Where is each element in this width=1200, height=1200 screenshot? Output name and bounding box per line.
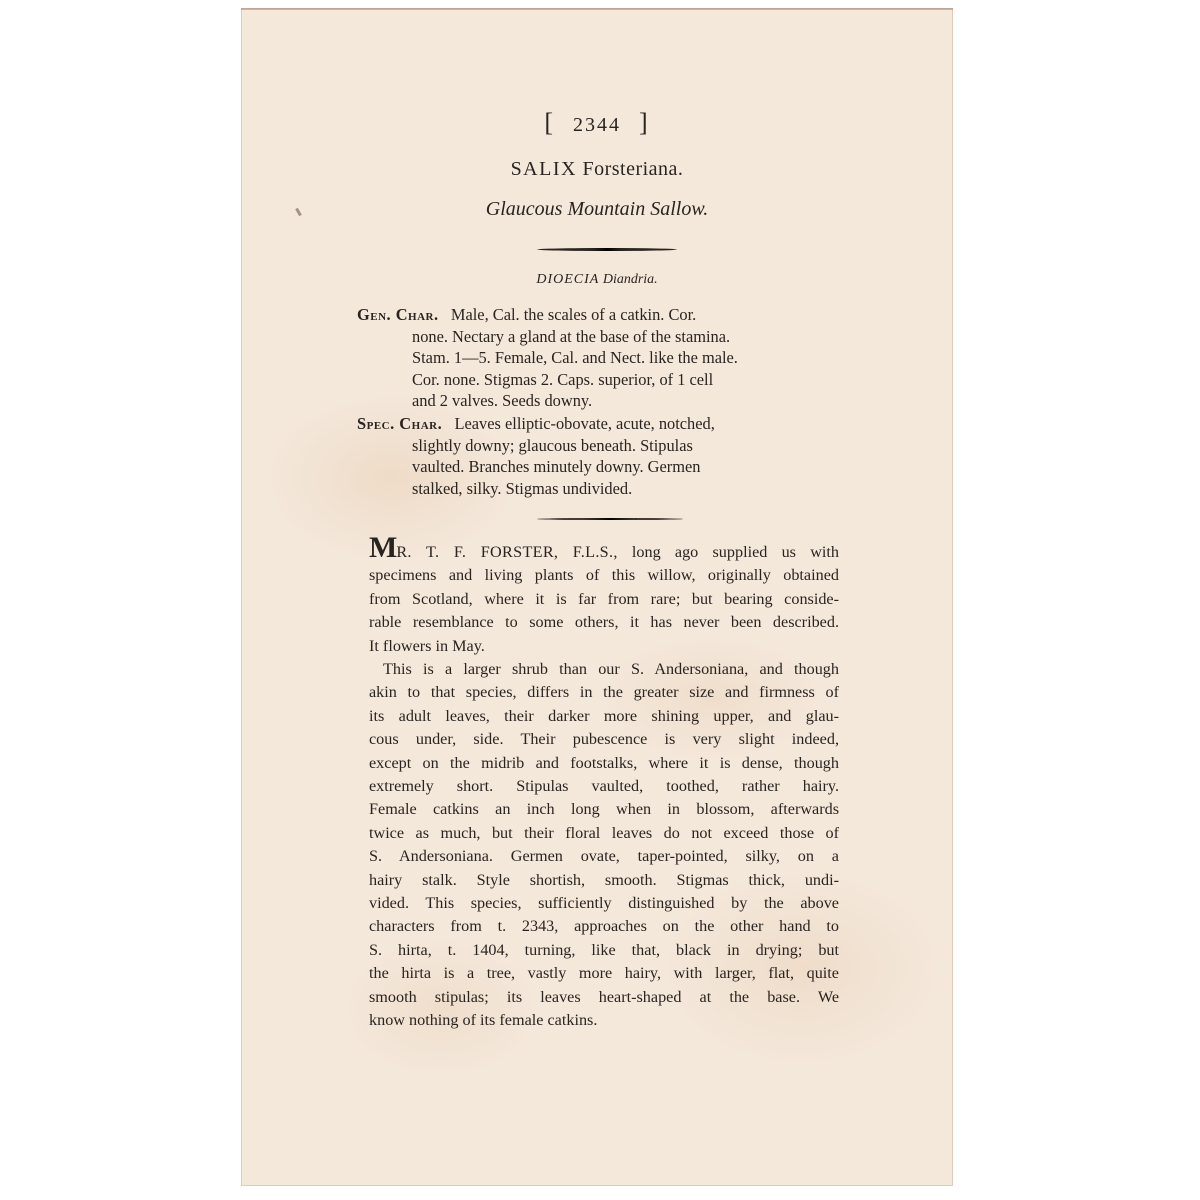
plate-number-value: 2344	[573, 114, 621, 136]
specific-character: Spec. Char. Leaves elliptic-obovate, acu…	[357, 413, 841, 499]
paragraph-line: the hirta is a tree, vastly more hairy, …	[369, 962, 839, 985]
line-text: long ago supplied us with	[618, 543, 839, 561]
generic-character-line: and 2 valves. Seeds downy.	[357, 390, 841, 412]
order-name: Diandria.	[603, 272, 658, 287]
specific-character-line: stalked, silky. Stigmas undivided.	[357, 478, 841, 500]
species-title: SALIX Forsteriana.	[241, 158, 953, 181]
plate-number: [2344]	[241, 108, 953, 138]
paragraph-line: smooth stipulas; its leaves heart-shaped…	[369, 986, 839, 1009]
generic-character-line: Cor. none. Stigmas 2. Caps. superior, of…	[357, 369, 841, 391]
paragraph-line: MR. T. F. FORSTER, F.L.S., long ago supp…	[369, 536, 839, 564]
paragraph-line: This is a larger shrub than our S. Ander…	[369, 658, 839, 681]
paragraph-line: S. hirta, t. 1404, turning, like that, b…	[369, 939, 839, 962]
specific-character-label: Spec. Char.	[357, 414, 442, 433]
paragraph-line: specimens and living plants of this will…	[369, 564, 839, 587]
paragraph-line: akin to that species, differs in the gre…	[369, 681, 839, 704]
species-name: Forsteriana.	[582, 158, 683, 180]
generic-character: Gen. Char. Male, Cal. the scales of a ca…	[357, 304, 841, 412]
paragraph-line: know nothing of its female catkins.	[369, 1009, 839, 1032]
ornamental-rule	[537, 248, 677, 251]
generic-character-label: Gen. Char.	[357, 305, 439, 324]
paragraph-line: twice as much, but their floral leaves d…	[369, 822, 839, 845]
paragraph-description: This is a larger shrub than our S. Ander…	[369, 658, 839, 1033]
botanical-page: [2344] SALIX Forsteriana. Glaucous Mount…	[241, 8, 953, 1186]
class-name: DIOECIA	[536, 272, 599, 287]
common-name: Glaucous Mountain Sallow.	[241, 198, 953, 221]
paragraph-line: S. Andersoniana. Germen ovate, taper-poi…	[369, 845, 839, 868]
specific-character-line: slightly downy; glaucous beneath. Stipul…	[357, 435, 841, 457]
author-name: R. T. F. FORSTER, F.L.S.,	[396, 543, 617, 561]
paragraph-line: Female catkins an inch long when in blos…	[369, 798, 839, 821]
generic-character-line: Gen. Char. Male, Cal. the scales of a ca…	[357, 304, 841, 326]
generic-character-line: none. Nectary a gland at the base of the…	[357, 326, 841, 348]
specific-character-line: Spec. Char. Leaves elliptic-obovate, acu…	[357, 413, 841, 435]
classification: DIOECIA Diandria.	[241, 272, 953, 288]
paragraph-line: except on the midrib and footstalks, whe…	[369, 752, 839, 775]
page-edge	[241, 8, 953, 10]
section-rule	[537, 518, 683, 520]
generic-character-line: Stam. 1—5. Female, Cal. and Nect. like t…	[357, 347, 841, 369]
paragraph-intro: MR. T. F. FORSTER, F.L.S., long ago supp…	[369, 536, 839, 658]
bracket-close: ]	[621, 108, 668, 137]
paragraph-line: hairy stalk. Style shortish, smooth. Sti…	[369, 869, 839, 892]
genus-name: SALIX	[511, 158, 577, 180]
drop-cap: M	[369, 531, 396, 564]
paragraph-line: cous under, side. Their pubescence is ve…	[369, 728, 839, 751]
bracket-open: [	[526, 108, 573, 137]
paragraph-line: rable resemblance to some others, it has…	[369, 611, 839, 634]
paragraph-line: It flowers in May.	[369, 635, 839, 658]
char-text: Leaves elliptic-obovate, acute, notched,	[455, 414, 715, 433]
paragraph-line: vided. This species, sufficiently distin…	[369, 892, 839, 915]
paragraph-line: from Scotland, where it is far from rare…	[369, 588, 839, 611]
paragraph-line: extremely short. Stipulas vaulted, tooth…	[369, 775, 839, 798]
specific-character-line: vaulted. Branches minutely downy. Germen	[357, 456, 841, 478]
paragraph-line: its adult leaves, their darker more shin…	[369, 705, 839, 728]
char-text: Male, Cal. the scales of a catkin. Cor.	[451, 305, 696, 324]
paragraph-line: characters from t. 2343, approaches on t…	[369, 915, 839, 938]
